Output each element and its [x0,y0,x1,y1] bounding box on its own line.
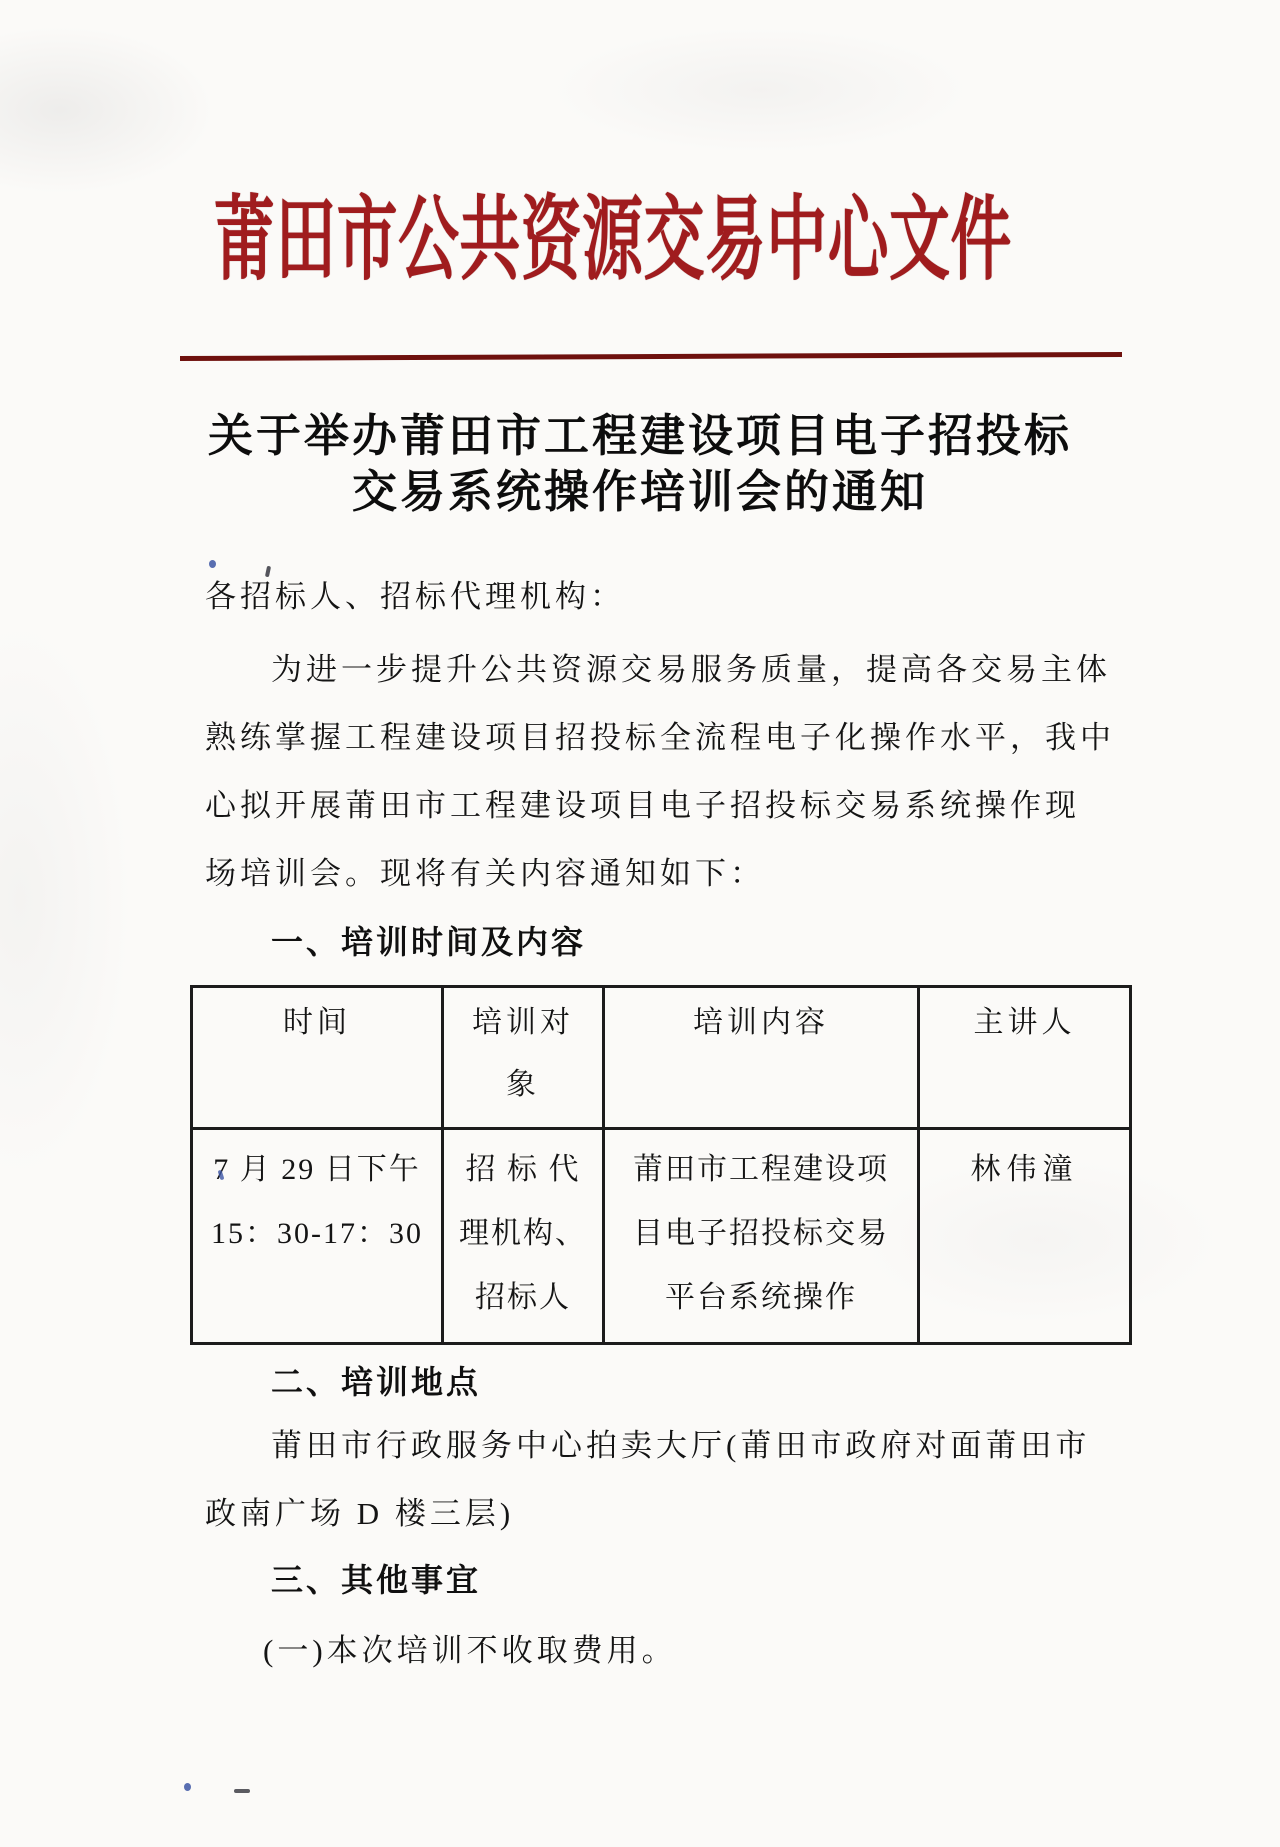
intro-line-1: 为进一步提升公共资源交易服务质量，提高各交易主体 [205,636,1133,704]
location-text: 莆田市行政服务中心拍卖大厅(莆田市政府对面莆田市 政南广场 D 楼三层) [205,1412,1133,1548]
table-header-row: 时间 培训对 象 培训内容 主讲人 [192,987,1131,1129]
document-title-line1: 关于举办莆田市工程建设项目电子招投标 [0,408,1280,464]
cell-audience: 招 标 代 理机构、 招标人 [443,1129,604,1344]
salutation: 各招标人、招标代理机构： [205,567,625,627]
ink-dot-blue-bottom [184,1783,191,1791]
table-row: 7 月 29 日下午 15：30-17：30 招 标 代 理机构、 招标人 莆田… [192,1129,1131,1344]
section2-heading: 二、培训地点 [271,1360,481,1404]
cell-speaker: 林伟潼 [919,1129,1131,1344]
document-title-line2: 交易系统操作培训会的通知 [0,464,1280,520]
training-schedule-table: 时间 培训对 象 培训内容 主讲人 7 月 29 日下午 15：30-17：30… [190,985,1132,1345]
cell-content: 莆田市工程建设项 目电子招投标交易 平台系统操作 [604,1129,919,1344]
intro-line-2: 熟练掌握工程建设项目招投标全流程电子化操作水平，我中 [205,704,1133,772]
location-line-2: 政南广场 D 楼三层) [205,1480,1133,1548]
column-header-content: 培训内容 [604,987,919,1129]
intro-paragraph: 为进一步提升公共资源交易服务质量，提高各交易主体 熟练掌握工程建设项目招投标全流… [205,636,1133,908]
section3-heading: 三、其他事宜 [271,1558,481,1602]
scanned-document-page: 莆田市公共资源交易中心文件 关于举办莆田市工程建设项目电子招投标 交易系统操作培… [0,0,1280,1847]
intro-line-4: 场培训会。现将有关内容通知如下： [205,840,1133,908]
document-title: 关于举办莆田市工程建设项目电子招投标 交易系统操作培训会的通知 [0,408,1280,520]
intro-line-3: 心拟开展莆田市工程建设项目电子招投标交易系统操作现 [205,772,1133,840]
other-item-1: (一)本次培训不收取费用。 [263,1629,677,1673]
column-header-speaker: 主讲人 [919,987,1131,1129]
column-header-audience: 培训对 象 [443,987,604,1129]
location-line-1: 莆田市行政服务中心拍卖大厅(莆田市政府对面莆田市 [205,1412,1133,1480]
column-header-time: 时间 [192,987,443,1129]
section1-heading: 一、培训时间及内容 [271,920,586,964]
ink-dash-dark-bottom [234,1789,250,1793]
cell-time: 7 月 29 日下午 15：30-17：30 [192,1129,443,1344]
letterhead-divider-line [180,352,1122,361]
letterhead-title: 莆田市公共资源交易中心文件 [214,166,1012,298]
